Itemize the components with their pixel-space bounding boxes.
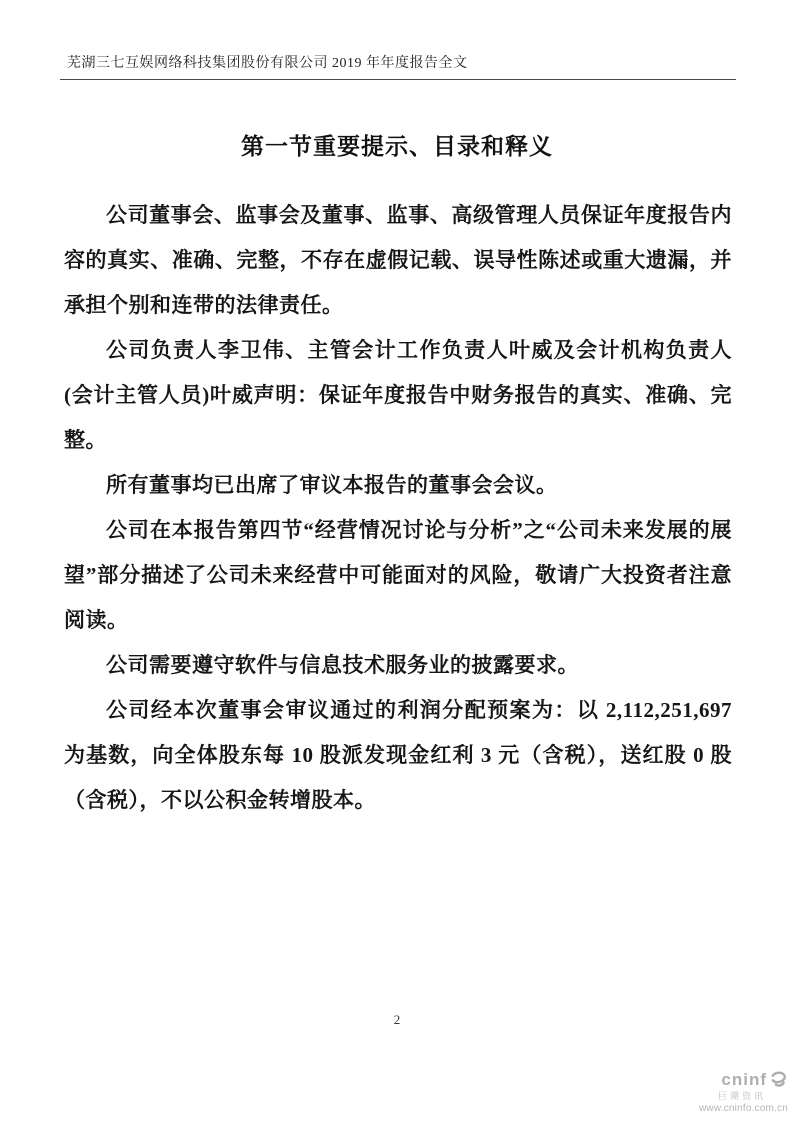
section-title: 第一节重要提示、目录和释义 xyxy=(0,128,794,161)
swirl-icon xyxy=(769,1070,788,1089)
paragraph-risk-notice: 公司在本报告第四节“经营情况讨论与分析”之“公司未来发展的展望”部分描述了公司未… xyxy=(64,508,732,643)
page-number: 2 xyxy=(0,1012,794,1028)
report-page: 芜湖三七互娱网络科技集团股份有限公司 2019 年年度报告全文 第一节重要提示、… xyxy=(0,0,794,1123)
watermark-brand-cn: 巨潮资讯 xyxy=(699,1092,788,1101)
page-header: 芜湖三七互娱网络科技集团股份有限公司 2019 年年度报告全文 xyxy=(60,54,736,80)
paragraph-profit-distribution: 公司经本次董事会审议通过的利润分配预案为：以 2,112,251,697 为基数… xyxy=(64,688,732,823)
watermark-brand-text: cninf xyxy=(721,1071,767,1088)
watermark-url: www.cninfo.com.cn xyxy=(699,1104,788,1114)
paragraph-responsibility: 公司董事会、监事会及董事、监事、高级管理人员保证年度报告内容的真实、准确、完整，… xyxy=(64,193,732,328)
paragraph-disclosure-requirement: 公司需要遵守软件与信息技术服务业的披露要求。 xyxy=(64,643,732,688)
watermark-brand-row: cninf xyxy=(699,1070,788,1089)
paragraph-declaration: 公司负责人李卫伟、主管会计工作负责人叶威及会计机构负责人(会计主管人员)叶威声明… xyxy=(64,328,732,463)
cninfo-watermark: cninf 巨潮资讯 www.cninfo.com.cn xyxy=(699,1070,788,1114)
paragraph-attendance: 所有董事均已出席了审议本报告的董事会会议。 xyxy=(64,463,732,508)
document-body: 公司董事会、监事会及董事、监事、高级管理人员保证年度报告内容的真实、准确、完整，… xyxy=(64,193,732,823)
header-text: 芜湖三七互娱网络科技集团股份有限公司 2019 年年度报告全文 xyxy=(60,56,468,71)
